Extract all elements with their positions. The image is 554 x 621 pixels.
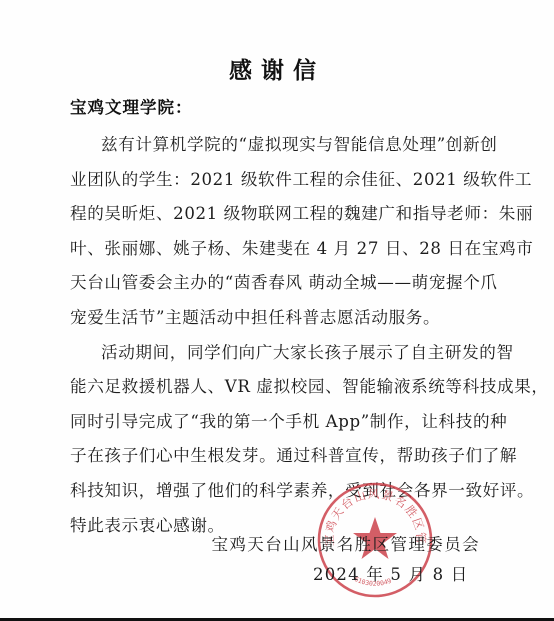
paragraph-1: 兹有计算机学院的“虚拟现实与智能信息处理”创新创 业团队的学生：2021 级软件… (70, 128, 484, 336)
body-line: 同时引导完成了“我的第一个手机 App”制作，让科技的种 (70, 405, 484, 440)
body-line: 活动期间，同学们向广大家长孩子展示了自主研发的智 (70, 336, 484, 371)
body-line: 宠爱生活节”主题活动中担任科普志愿活动服务。 (70, 301, 484, 336)
letter-title: 感谢信 (0, 52, 554, 85)
letter-page: 感谢信 宝鸡文理学院： 兹有计算机学院的“虚拟现实与智能信息处理”创新创 业团队… (0, 0, 554, 621)
body-line: 兹有计算机学院的“虚拟现实与智能信息处理”创新创 (70, 128, 484, 163)
body-line: 能六足救援机器人、VR 虚拟校园、智能输液系统等科技成果， (70, 370, 484, 405)
letter-salutation: 宝鸡文理学院： (70, 94, 193, 118)
body-line: 天台山管委会主办的“茵香春风 萌动全城——萌宠握个爪 (70, 266, 484, 301)
body-line: 业团队的学生：2021 级软件工程的佘佳征、2021 级软件工 (70, 163, 484, 198)
body-line: 子在孩子们心中生根发芽。通过科普宣传，帮助孩子们了解 (70, 439, 484, 474)
letter-date: 2024 年 5 月 8 日 (313, 561, 469, 585)
body-line: 程的吴昕炬、2021 级物联网工程的魏建广和指导老师：朱丽 (70, 197, 484, 232)
body-line: 叶、张丽娜、姚子杨、朱建斐在 4 月 27 日、28 日在宝鸡市 (70, 232, 484, 267)
letter-signature: 宝鸡天台山风景名胜区管理委员会 (212, 531, 481, 555)
